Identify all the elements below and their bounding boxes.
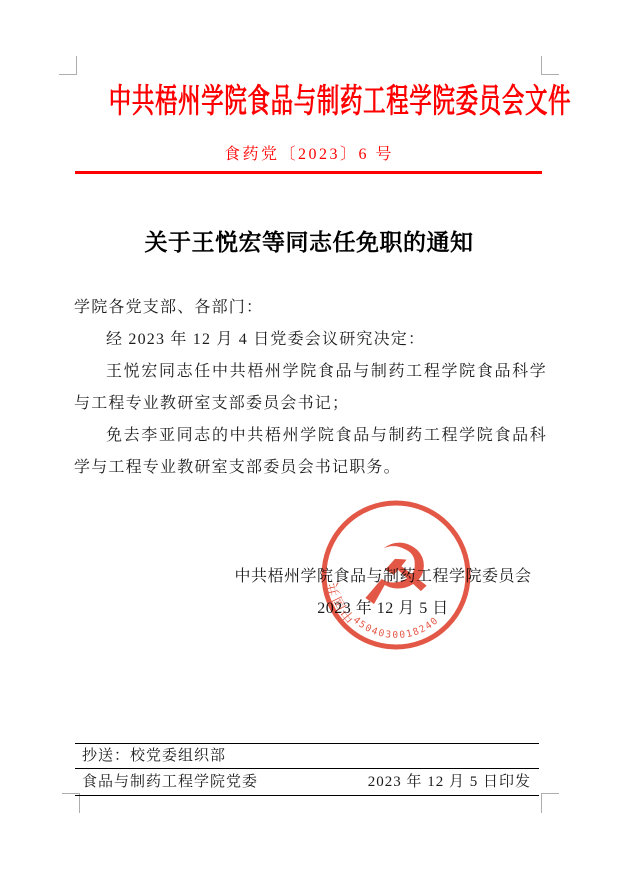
footer-table: 抄送：校党委组织部 食品与制药工程学院党委 2023 年 12 月 5 日印发 bbox=[75, 743, 539, 796]
svg-text:中国共产党梧州学院食品与制药工程学院委员会: 中国共产党梧州学院食品与制药工程学院委员会 bbox=[308, 487, 358, 627]
footer-cc-row: 抄送：校党委组织部 bbox=[75, 744, 539, 769]
official-seal: 中国共产党梧州学院食品与制药工程学院委员会 ☭ 4504030018240 bbox=[308, 487, 484, 663]
cc-text: 抄送：校党委组织部 bbox=[82, 748, 226, 764]
footer-issue-row: 食品与制药工程学院党委 2023 年 12 月 5 日印发 bbox=[75, 769, 539, 795]
document-header: 中共梧州学院食品与制药工程学院委员会文件 bbox=[0, 83, 618, 123]
header-org-title: 中共梧州学院食品与制药工程学院委员会文件 bbox=[109, 83, 571, 123]
crop-mark-bottom-left bbox=[62, 793, 80, 813]
document-number: 食药党〔2023〕6 号 bbox=[0, 141, 618, 164]
notice-title: 关于王悦宏等同志任免职的通知 bbox=[0, 224, 618, 257]
print-date-text: 2023 年 12 月 5 日印发 bbox=[368, 770, 531, 794]
hammer-sickle-icon: ☭ bbox=[358, 526, 433, 624]
body-paragraph: 经 2023 年 12 月 4 日党委会议研究决定： bbox=[74, 324, 547, 356]
crop-mark-bottom-right bbox=[541, 793, 559, 813]
body-paragraph: 王悦宏同志任中共梧州学院食品与制药工程学院食品科学与工程专业教研室支部委员会书记… bbox=[74, 356, 547, 420]
crop-mark-top-left bbox=[59, 56, 77, 75]
issuer-text: 食品与制药工程学院党委 bbox=[82, 770, 258, 794]
body-paragraph: 免去李亚同志的中共梧州学院食品与制药工程学院食品科学与工程专业教研室支部委员会书… bbox=[74, 420, 547, 484]
salutation: 学院各党支部、各部门： bbox=[74, 292, 547, 324]
document-page: 中共梧州学院食品与制药工程学院委员会文件 食药党〔2023〕6 号 关于王悦宏等… bbox=[0, 0, 618, 872]
seal-ring-text: 中国共产党梧州学院食品与制药工程学院委员会 bbox=[308, 487, 358, 627]
red-divider-line bbox=[75, 171, 542, 174]
crop-mark-top-right bbox=[541, 56, 559, 75]
document-body: 学院各党支部、各部门： 经 2023 年 12 月 4 日党委会议研究决定： 王… bbox=[74, 292, 547, 484]
